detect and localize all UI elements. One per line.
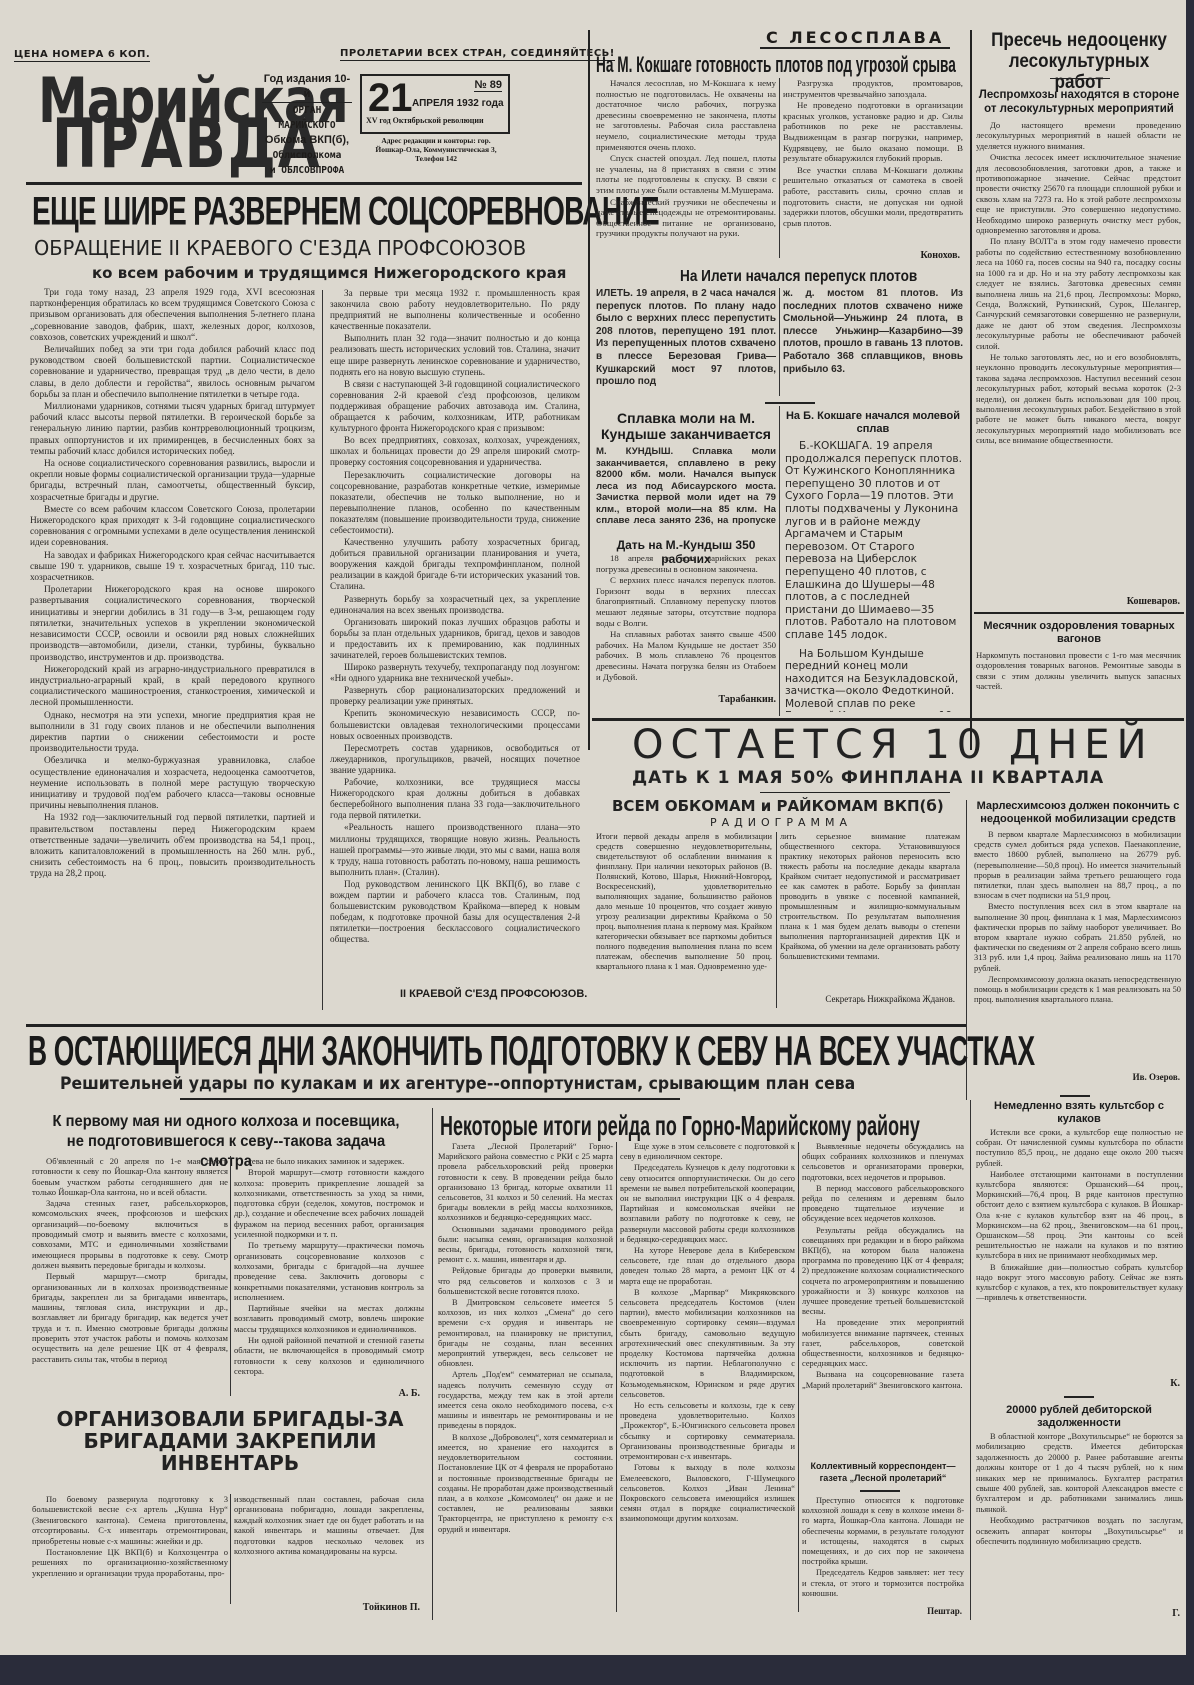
organ-line: ОРГАН — [262, 103, 352, 118]
paragraph: Выявленные недочеты обсуждались на общих… — [802, 1142, 964, 1183]
organ-line: Обкома ВКП(б), — [262, 133, 352, 148]
paragraph: Газета „Лесной Пролетарий“ Горно-Марийск… — [438, 1142, 613, 1224]
paragraph: Все участки сплава М-Кокшаги должны реши… — [783, 165, 963, 229]
lead-subhead: ОБРАЩЕНИЕ II КРАЕВОГО С'ЕЗДА ПРОФСОЮЗОВ — [34, 236, 526, 260]
paragraph: На 1932 год—заключительный год первой пя… — [30, 813, 315, 880]
signature: Конохов. — [900, 250, 960, 261]
sowing-banner: В ОСТАЮЩИЕСЯ ДНИ ЗАКОНЧИТЬ ПОДГОТОВКУ К … — [28, 1028, 1035, 1075]
paragraph: С верхних плесс начался перепуск плотов.… — [596, 575, 776, 628]
paragraph: Развернуть сбор рационализаторских предл… — [330, 685, 580, 707]
column-divider — [616, 1142, 617, 1612]
signature: Пештар. — [890, 1606, 962, 1616]
column-divider — [230, 1494, 231, 1604]
paragraph: Качественно улучшить работу хозрасчетных… — [330, 537, 580, 592]
rafting-article4-body: 18 апреля на всех марийских реках погруз… — [596, 553, 776, 693]
paragraph: 18 апреля на всех марийских реках погруз… — [596, 553, 776, 574]
column-divider — [779, 406, 780, 716]
sowing-article2-headline: ОРГАНИЗОВАЛИ БРИГАДЫ-ЗА БРИГАДАМИ ЗАКРЕП… — [30, 1408, 430, 1474]
paragraph: Однако, несмотря на эти успехи, многие п… — [30, 711, 315, 756]
paragraph: Разгрузка продуктов, промтоваров, инстру… — [783, 78, 963, 99]
paragraph: Преступно относятся к подготовке колхозн… — [802, 1496, 964, 1567]
right-headline: Пресечь недооценку лесокультурных работ — [985, 30, 1174, 93]
collective-correspondent: Коллективный корреспондент—газета „Лесно… — [802, 1460, 964, 1484]
paragraph: Под руководством ленинского ЦК ВКП(б), в… — [330, 879, 580, 946]
divider — [592, 718, 1184, 721]
sowing-article3-col3b: Преступно относятся к подготовке колхозн… — [802, 1496, 964, 1606]
column-divider — [798, 1142, 799, 1612]
column-divider — [230, 1156, 231, 1396]
paragraph: Председатель Кузнецов к делу подготовки … — [620, 1163, 795, 1245]
organ-line: Облисполкома — [262, 148, 352, 163]
divider — [765, 402, 815, 404]
divider — [1064, 1396, 1094, 1398]
paragraph: На заводах и фабриках Нижегородского кра… — [30, 551, 315, 585]
lead-headline: ЕЩЕ ШИРЕ РАЗВЕРНЕМ СОЦСОРЕВНОВАНИЕ — [32, 190, 659, 235]
paragraph: Партийные ячейки на местах должны возгла… — [234, 1303, 424, 1334]
rafting-article3-headline: Сплавка моли на М. Кундыше заканчивается — [596, 410, 776, 442]
paragraph: Б.-КОКШАГА. 19 апреля продолжался перепу… — [785, 440, 965, 642]
paragraph: Широко развернуть техучебу, техпропаганд… — [330, 662, 580, 684]
rafting-article5-body: Б.-КОКШАГА. 19 апреля продолжался перепу… — [785, 440, 965, 712]
paragraph: Спуск снастей опоздал. Лед пошел, плоты … — [596, 153, 776, 195]
lead-subsubhead: ко всем рабочим и трудящимся Нижегородск… — [92, 264, 566, 282]
column-divider — [588, 30, 590, 750]
rafting-article1-headline: На М. Кокшаге готовность плотов под угро… — [596, 52, 956, 78]
rafting-article1-col1: Начался лесосплав, но М-Кокшага к нему п… — [596, 78, 776, 258]
signature: Тойкинов П. — [330, 1602, 420, 1613]
finplan-article-col2: лить серьезное внимание платежам обществ… — [780, 832, 960, 988]
column-divider — [779, 288, 780, 396]
paragraph: Вместе со всем рабочим классом Советског… — [30, 505, 315, 550]
sowing-article2-col2: изводственный план составлен, рабочая си… — [234, 1494, 424, 1590]
paragraph: Развернуть борьбу за хозрасчетный цех, з… — [330, 594, 580, 616]
divider — [1060, 1095, 1090, 1097]
organ-line: и ОБЛСОВПРОФА — [262, 163, 352, 178]
paragraph: Снабженческий грузчики не обеспечены и д… — [596, 197, 776, 239]
paragraph: Необходимо растратчиков воздать по заслу… — [976, 1516, 1183, 1547]
divider — [1050, 78, 1110, 79]
paragraph: Задача стенных газет, рабсельхоркоров, к… — [32, 1198, 228, 1270]
right-bottom-article2-body: В областной конторе „Вохутильсырье“ не б… — [976, 1432, 1183, 1617]
paragraph: Рейдовые бригады до проверки выявили, чт… — [438, 1266, 613, 1297]
lead-column-1: Три года тому назад, 23 апреля 1929 года… — [30, 288, 315, 950]
paragraph: За первые три месяца 1932 г. промышленно… — [330, 288, 580, 332]
paragraph: По третьему маршруту—практически помочь … — [234, 1240, 424, 1302]
paragraph: Наиболее отстающими кантонами в поступле… — [976, 1170, 1183, 1262]
paragraph: До настоящего времени проведению лесокул… — [976, 120, 1181, 151]
rafting-article1-col2: Разгрузка продуктов, промтоваров, инстру… — [783, 78, 963, 248]
paragraph: Величайших побед за эти три года добился… — [30, 345, 315, 401]
divider — [860, 1490, 900, 1492]
paragraph: Пролетарии Нижегородского края на основе… — [30, 585, 315, 663]
rafting-article5-headline: На Б. Кокшаге начался молевой сплав — [783, 410, 963, 436]
rafting-section-title: С ЛЕСОСПЛАВА — [760, 28, 950, 49]
paragraph: На сплавных работах занято свыше 4500 ра… — [596, 629, 776, 682]
divider — [974, 612, 1184, 614]
paragraph: Организовать широкий показ лучших образц… — [330, 617, 580, 661]
right-bottom-headline: Немедленно взять культсбор с кулаков — [974, 1100, 1184, 1126]
price-label: ЦЕНА НОМЕРА 6 КОП. — [14, 49, 150, 62]
date-day: 21 — [368, 78, 413, 118]
sowing-article1-col1: Об'явленный с 20 апреля по 1-е мая смотр… — [32, 1156, 228, 1396]
divider — [180, 1098, 680, 1100]
newspaper-page: ЦЕНА НОМЕРА 6 КОП. ПРОЛЕТАРИИ ВСЕХ СТРАН… — [0, 0, 1186, 1662]
paragraph: В Дмитровском сельсовете имеется 5 колхо… — [438, 1298, 613, 1369]
column-divider — [776, 832, 777, 1008]
paragraph: На основе социалистического соревнования… — [30, 459, 315, 504]
date-month-year: АПРЕЛЯ 1932 года — [412, 98, 504, 109]
paragraph: По плану ВОЛТ'а в этом году намечено про… — [976, 236, 1181, 350]
paragraph: Нижегородский край из аграрно-индустриал… — [30, 665, 315, 710]
signature: Ив. Озеров. — [1090, 1072, 1180, 1082]
divider — [26, 1024, 966, 1027]
column-divider — [779, 78, 780, 258]
paragraph: В первом квартале Марлесхимсоюз в мобили… — [974, 830, 1181, 901]
paragraph: Результаты рейда обсуждались на совещани… — [802, 1226, 964, 1318]
paragraph: Постановление ЦК ВКП(б) и Колхозцентра о… — [32, 1547, 228, 1578]
paragraph: Во всех предприятиях, совхозах, колхозах… — [330, 435, 580, 468]
paragraph: Не проведено подготовки в организации кр… — [783, 100, 963, 164]
paragraph: Ни одной районной печатной и стенной газ… — [234, 1335, 424, 1376]
paragraph: На проведение этих мероприятий мобилизуе… — [802, 1318, 964, 1369]
right-subhead: Леспромхозы находятся в стороне от лесок… — [974, 88, 1184, 116]
paragraph: Первый маршрут—смотр бригады, организова… — [32, 1271, 228, 1364]
paragraph: На хуторе Неверове дела в Киберевском се… — [620, 1246, 795, 1287]
finplan-banner: ОСТАЕТСЯ 10 ДНЕЙ — [632, 722, 1154, 768]
paragraph: В областной конторе „Вохутильсырье“ не б… — [976, 1432, 1183, 1515]
paragraph: В связи с наступающей 3-й годовщиной соц… — [330, 379, 580, 434]
paragraph: Председатель Кедров заявляет: нет тесу и… — [802, 1568, 964, 1599]
rafting-article3-body: М. КУНДЫШ. Сплавка моли заканчивается, с… — [596, 446, 776, 526]
paragraph: Артель „Под'ем“ семматериал не ссыпала, … — [438, 1370, 613, 1431]
signature: А. Б. — [350, 1388, 420, 1399]
slogan: ПРОЛЕТАРИИ ВСЕХ СТРАН, СОЕДИНЯЙТЕСЬ! — [340, 48, 615, 61]
paragraph: Готовы к выходу в поле колхозы Емелеевск… — [620, 1463, 795, 1524]
finplan-article-col1: Итоги первой декады апреля в мобилизации… — [596, 832, 772, 1008]
right-bottom-body: Истекли все сроки, а культсбор еще полно… — [976, 1128, 1183, 1383]
paragraph: Вместо поступления всех сил в этом кварт… — [974, 902, 1181, 973]
sowing-article3-col2: Еще хуже в этом сельсовете с подготовкой… — [620, 1142, 795, 1612]
paragraph: По боевому развернула подготовку к 3 бол… — [32, 1494, 228, 1546]
finplan-side-headline: Марлесхимсоюз должен покончить с недооце… — [972, 800, 1184, 826]
issue-number: № 89 — [474, 79, 502, 92]
page-edge-shadow — [0, 1655, 1194, 1685]
signature: Кошеваров. — [1100, 596, 1180, 607]
finplan-subbanner: ДАТЬ К 1 МАЯ 50% ФИНПЛАНА II КВАРТАЛА — [632, 768, 1104, 788]
sowing-article3-headline: Некоторые итоги рейда по Горно-Марийском… — [440, 1110, 920, 1142]
column-divider — [970, 1100, 971, 1620]
paragraph: Рабочие, колхозники, все трудящиеся масс… — [330, 777, 580, 821]
divider — [26, 182, 582, 185]
paragraph: Второй маршрут—смотр готовности каждого … — [234, 1167, 424, 1239]
signature: Тарабанкин. — [680, 694, 776, 705]
lead-signature: II КРАЕВОЙ С'ЕЗД ПРОФСОЮЗОВ. — [400, 988, 587, 1000]
date-box: 21 № 89 АПРЕЛЯ 1932 года XV год Октябрьс… — [360, 74, 510, 134]
paragraph: Миллионами ударников, сотнями тысяч удар… — [30, 402, 315, 458]
editorial-address: Адрес редакции и конторы: гор. Йошкар-Ол… — [366, 136, 506, 163]
paragraph: На Большом Кундыше передний конец моли н… — [785, 648, 965, 713]
right-article2-body: Наркомпуть постановил провести с 1-го ма… — [976, 650, 1181, 714]
paragraph: Начался лесосплав, но М-Кокшага к нему п… — [596, 78, 776, 152]
paragraph: Пересмотреть состав ударников, освободит… — [330, 743, 580, 776]
right-article2-headline: Месячник оздоровления товарных вагонов — [974, 620, 1184, 646]
paragraph: Не только заготовлять лес, но и его возо… — [976, 352, 1181, 446]
divider — [760, 792, 950, 793]
paragraph: Леспромхимсоюзу должна оказать непосредс… — [974, 975, 1181, 1006]
finplan-article-headline: ВСЕМ ОБКОМАМ и РАЙКОМАМ ВКП(б) — [612, 797, 944, 815]
paragraph: Перезаключить социалистические договоры … — [330, 470, 580, 537]
paragraph: В период массового рабселькоровского рей… — [802, 1184, 964, 1225]
column-divider — [322, 290, 323, 1010]
paragraph: В колхозе „Доброволец“, хотя семматериал… — [438, 1433, 613, 1535]
paragraph: Но есть сельсоветы и колхозы, где к севу… — [620, 1401, 795, 1462]
year-of-publication: Год издания 10-й — [262, 72, 352, 103]
signature: Секретарь Нижкрайкома Жданов. — [800, 994, 955, 1004]
column-divider — [432, 1108, 433, 1620]
paragraph: Еще хуже в этом сельсовете с подготовкой… — [620, 1142, 795, 1162]
lead-column-2: За первые три месяца 1932 г. промышленно… — [330, 288, 580, 978]
right-body: До настоящего времени проведению лесокул… — [976, 120, 1181, 590]
rafting-article2-headline: На Илети начался перепуск плотов — [680, 268, 917, 286]
revolution-year: XV год Октябрьской революции — [366, 116, 484, 125]
paragraph: В ближайшие дни—полностью собрать культс… — [976, 1263, 1183, 1304]
organ-block: Год издания 10-й ОРГАН МАРИЙСКОГО Обкома… — [262, 72, 352, 178]
paragraph: «Реальность нашего производственного пла… — [330, 822, 580, 877]
paragraph: Истекли все сроки, а культсбор еще полно… — [976, 1128, 1183, 1169]
signature: К. — [1150, 1378, 1180, 1389]
paragraph: Обезличка и мелко-буржуазная уравниловка… — [30, 756, 315, 812]
paragraph: В колхозе „Марпвар“ Микряковского сельсо… — [620, 1288, 795, 1400]
paragraph: сева не было никаких заминок и задержек. — [234, 1156, 424, 1166]
sowing-article1-col2: сева не было никаких заминок и задержек.… — [234, 1156, 424, 1382]
finplan-article-kicker: РАДИОГРАММА — [710, 816, 852, 829]
right-bottom-article2-headline: 20000 рублей дебиторской задолженности — [974, 1404, 1184, 1430]
sowing-subbanner: Решительней удары по кулакам и их агенту… — [60, 1074, 855, 1093]
sowing-article3-col1: Газета „Лесной Пролетарий“ Горно-Марийск… — [438, 1142, 613, 1612]
paragraph: Выполнить план 32 года—значит полностью … — [330, 333, 580, 377]
signature: Г. — [1150, 1608, 1180, 1619]
paragraph: Об'явленный с 20 апреля по 1-е мая смотр… — [32, 1156, 228, 1197]
paragraph: Три года тому назад, 23 апреля 1929 года… — [30, 288, 315, 344]
sowing-article3-col3: Выявленные недочеты обсуждались на общих… — [802, 1142, 964, 1458]
rafting-article2-col2: ж. д. мостом 81 плотов. Из последних пло… — [783, 288, 963, 396]
column-divider — [970, 30, 972, 750]
sowing-article2-col1: По боевому развернула подготовку к 3 бол… — [32, 1494, 228, 1614]
paragraph: Крепить экономическую независимость СССР… — [330, 708, 580, 741]
paragraph: Вызвана на соцсоревнование газета „Марий… — [802, 1370, 964, 1390]
paragraph: Очистка лесосек имеет исключительное зна… — [976, 152, 1181, 235]
organ-line: МАРИЙСКОГО — [262, 118, 352, 133]
rafting-article2-col1: ИЛЕТЬ. 19 апреля, в 2 часа начался переп… — [596, 288, 776, 396]
paragraph: Основными задачами проводимого рейда был… — [438, 1225, 613, 1266]
